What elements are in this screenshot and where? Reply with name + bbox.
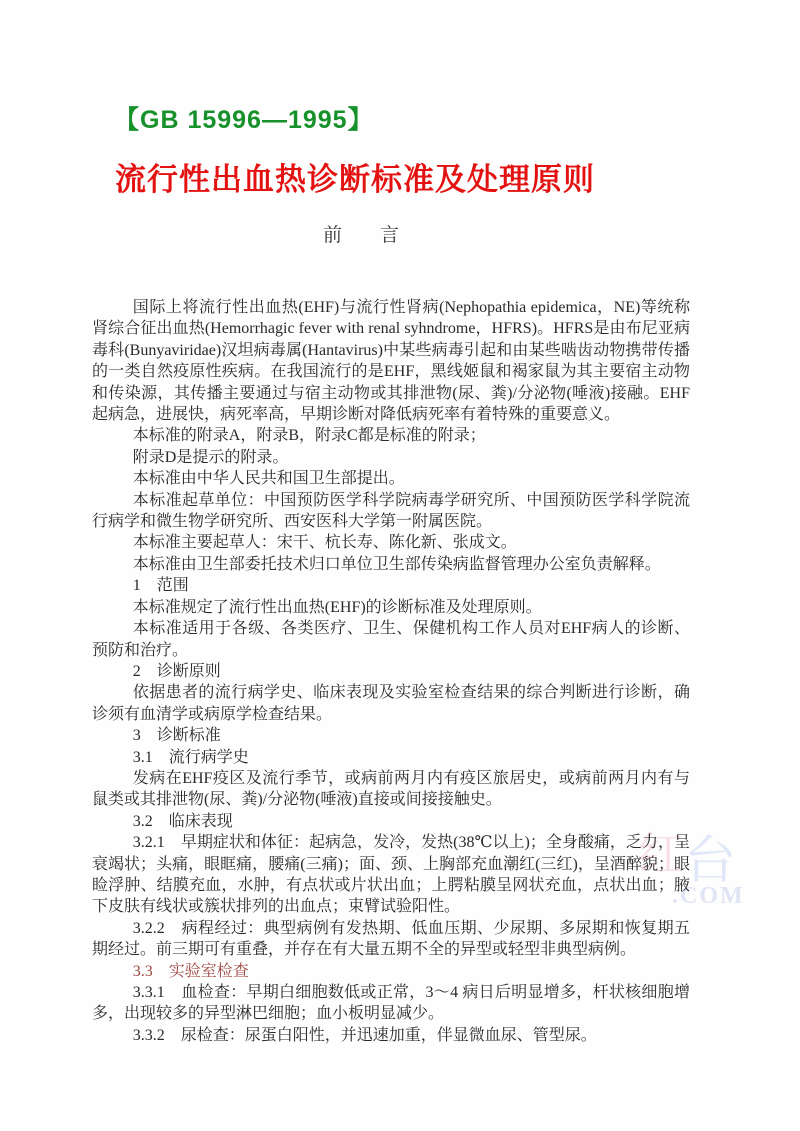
paragraph: 2 诊断原则 [92,661,690,682]
paragraph: 本标准适用于各级、各类医疗、卫生、保健机构工作人员对EHF病人的诊断、预防和治疗… [92,618,690,661]
paragraph: 依据患者的流行病学史、临床表现及实验室检查结果的综合判断进行诊断，确诊须有血清学… [92,682,690,725]
paragraph: 3.2.1 早期症状和体征：起病急，发冷，发热(38℃以上)；全身酸痛，乏力，呈… [92,832,690,918]
document-body: 国际上将流行性出血热(EHF)与流行性肾病(Nephopathia epidem… [92,297,690,1046]
paragraph: 本标准的附录A，附录B，附录C都是标准的附录； [92,425,690,446]
paragraph: 3.3.2 尿检查：尿蛋白阳性，并迅速加重，伴显微血尿、管型尿。 [92,1025,690,1046]
paragraph: 3.1 流行病学史 [92,747,690,768]
paragraph: 3 诊断标准 [92,725,690,746]
watermark-char-blue: 台 [684,832,736,890]
paragraph: 国际上将流行性出血热(EHF)与流行性肾病(Nephopathia epidem… [92,297,690,425]
paragraph: 3.2 临床表现 [92,811,690,832]
standard-number: 【GB 15996—1995】 [114,100,374,136]
paragraph: 本标准主要起草人：宋干、杭长寿、陈化新、张成文。 [92,532,690,553]
foreword-heading: 前 言 [0,220,722,247]
paragraph: 本标准由卫生部委托技术归口单位卫生部传染病监督管理办公室负责解释。 [92,554,690,575]
paragraph: 3.3 实验室检查 [92,961,690,982]
paragraph: 本标准规定了流行性出血热(EHF)的诊断标准及处理原则。 [92,597,690,618]
paragraph: 1 范围 [92,575,690,596]
document-title: 流行性出血热诊断标准及处理原则 [0,154,710,199]
paragraph: 3.3.1 血检查：早期白细胞数低或正常，3～4 病日后明显增多，杆状核细胞增多… [92,982,690,1025]
paragraph: 附录D是提示的附录。 [92,447,690,468]
document-page: 红台 .COM 【GB 15996—1995】 流行性出血热诊断标准及处理原则 … [0,0,800,1131]
paragraph: 发病在EHF疫区及流行季节，或病前两月内有疫区旅居史，或病前两月内有与鼠类或其排… [92,768,690,811]
paragraph: 本标准起草单位：中国预防医学科学院病毒学研究所、中国预防医学科学院流行病学和微生… [92,490,690,533]
paragraph: 3.2.2 病程经过：典型病例有发热期、低血压期、少尿期、多尿期和恢复期五期经过… [92,918,690,961]
paragraph: 本标准由中华人民共和国卫生部提出。 [92,468,690,489]
